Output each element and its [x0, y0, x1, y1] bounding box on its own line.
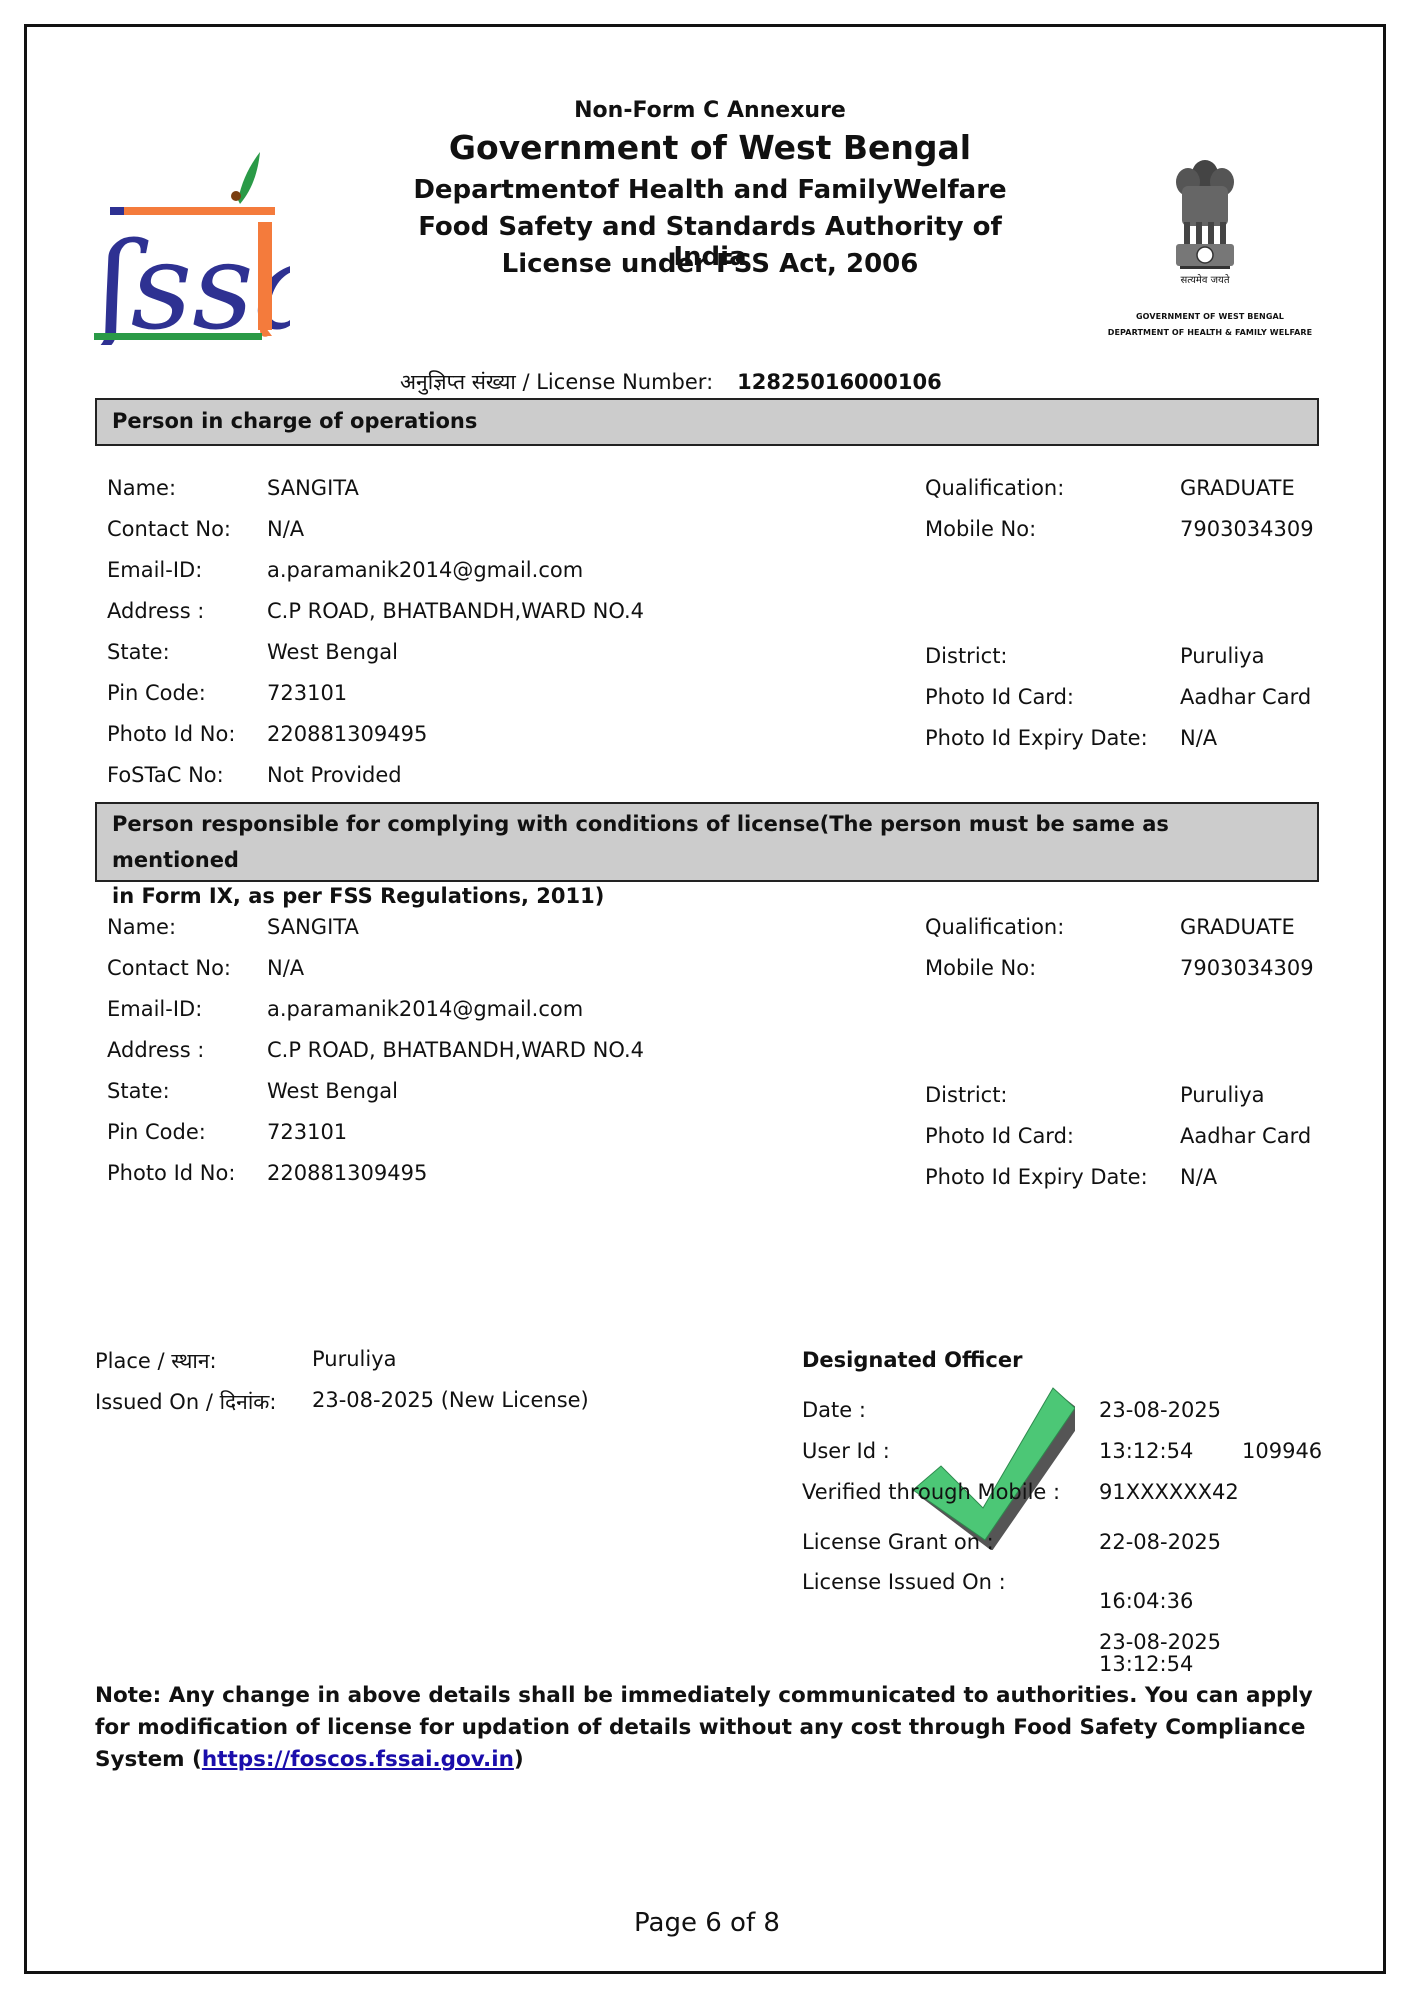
field-value: Puruliya — [1180, 1083, 1265, 1107]
field-value: West Bengal — [267, 1079, 398, 1103]
license-issued-date: 23-08-2025 — [1099, 1630, 1221, 1654]
field-label: State: — [107, 640, 170, 664]
field-label: Qualification: — [925, 476, 1064, 500]
issued-value: 23-08-2025 (New License) — [312, 1388, 589, 1412]
field-value: N/A — [267, 517, 304, 541]
designated-officer-title: Designated Officer — [802, 1348, 1022, 1372]
field-value: 7903034309 — [1180, 517, 1314, 541]
license-number-value: 12825016000106 — [737, 370, 942, 394]
page-number: Page 6 of 8 — [0, 1908, 1414, 1938]
officer-mobile-label: Verified through Mobile : — [802, 1480, 1060, 1504]
field-value: N/A — [1180, 726, 1217, 750]
section-title-line1: Person responsible for complying with co… — [112, 806, 1302, 878]
field-value: West Bengal — [267, 640, 398, 664]
field-value: SANGITA — [267, 476, 359, 500]
license-grant-value: 22-08-2025 — [1099, 1530, 1221, 1554]
government-title: Government of West Bengal — [380, 128, 1040, 167]
department-title: Departmentof Health and FamilyWelfare — [380, 175, 1040, 205]
issued-label: Issued On / दिनांक: — [95, 1388, 276, 1416]
foscos-link[interactable]: https://foscos.fssai.gov.in — [202, 1747, 514, 1772]
field-value: a.paramanik2014@gmail.com — [267, 558, 583, 582]
field-label: Photo Id Expiry Date: — [925, 726, 1148, 750]
field-value: C.P ROAD, BHATBANDH,WARD NO.4 — [267, 1038, 644, 1062]
section-title: Person in charge of operations — [112, 409, 477, 433]
field-value: Not Provided — [267, 763, 402, 787]
field-value: GRADUATE — [1180, 915, 1295, 939]
license-issued-time1: 16:04:36 — [1099, 1589, 1193, 1613]
field-label: State: — [107, 1079, 170, 1103]
field-value: C.P ROAD, BHATBANDH,WARD NO.4 — [267, 599, 644, 623]
field-label: Email-ID: — [107, 558, 202, 582]
field-value: N/A — [1180, 1165, 1217, 1189]
field-label: District: — [925, 644, 1008, 668]
license-grant-label: License Grant on : — [802, 1530, 994, 1554]
officer-userid-value: 109946 — [1242, 1439, 1322, 1463]
field-value: 723101 — [267, 681, 347, 705]
field-label: Mobile No: — [925, 517, 1036, 541]
field-label: Photo Id Card: — [925, 1124, 1074, 1148]
note-text: Note: Any change in above details shall … — [95, 1680, 1325, 1776]
section-person-in-charge: Person in charge of operations — [95, 398, 1319, 446]
officer-time-value: 13:12:54 — [1099, 1439, 1193, 1463]
emblem-caption-1: GOVERNMENT OF WEST BENGAL — [1090, 312, 1330, 321]
section-person-responsible: Person responsible for complying with co… — [95, 802, 1319, 882]
license-number-label: अनुज्ञिप्त संख्या / License Number: — [400, 370, 713, 394]
field-label: Contact No: — [107, 517, 231, 541]
field-value: Aadhar Card — [1180, 1124, 1311, 1148]
svg-text:सत्यमेव जयते: सत्यमेव जयते — [1180, 274, 1229, 286]
field-label: Qualification: — [925, 915, 1064, 939]
verified-check-icon — [905, 1380, 1075, 1550]
field-label: Address : — [107, 599, 204, 623]
field-label: Photo Id Card: — [925, 685, 1074, 709]
officer-mobile-value: 91XXXXXX42 — [1099, 1480, 1239, 1504]
officer-date-value: 23-08-2025 — [1099, 1398, 1221, 1422]
place-value: Puruliya — [312, 1347, 397, 1371]
place-label: Place / स्थान: — [95, 1347, 217, 1375]
note-close: ) — [514, 1747, 524, 1772]
officer-userid-label: User Id : — [802, 1439, 890, 1463]
license-number-row: अनुज्ञिप्त संख्या / License Number:12825… — [400, 368, 942, 396]
field-value: 723101 — [267, 1120, 347, 1144]
field-label: Photo Id Expiry Date: — [925, 1165, 1148, 1189]
field-label: Photo Id No: — [107, 1161, 235, 1185]
national-emblem-icon: सत्यमेव जयते — [1170, 152, 1240, 287]
field-label: FoSTaC No: — [107, 763, 224, 787]
field-value: GRADUATE — [1180, 476, 1295, 500]
officer-date-label: Date : — [802, 1398, 866, 1422]
field-label: Contact No: — [107, 956, 231, 980]
field-label: District: — [925, 1083, 1008, 1107]
field-value: N/A — [267, 956, 304, 980]
field-value: Puruliya — [1180, 644, 1265, 668]
field-value: 220881309495 — [267, 1161, 427, 1185]
fssai-logo: ʃssa — [90, 150, 290, 345]
license-act-title: License under FSS Act, 2006 — [380, 249, 1040, 279]
field-value: SANGITA — [267, 915, 359, 939]
field-value: a.paramanik2014@gmail.com — [267, 997, 583, 1021]
license-issued-time2: 13:12:54 — [1099, 1652, 1193, 1676]
license-issued-label: License Issued On : — [802, 1570, 1006, 1594]
field-label: Address : — [107, 1038, 204, 1062]
annexure-title: Non-Form C Annexure — [380, 98, 1040, 123]
emblem-caption-2: DEPARTMENT OF HEALTH & FAMILY WELFARE — [1090, 328, 1330, 337]
section-title-line2: in Form IX, as per FSS Regulations, 2011… — [112, 878, 1302, 914]
field-label: Name: — [107, 915, 176, 939]
field-value: Aadhar Card — [1180, 685, 1311, 709]
field-value: 7903034309 — [1180, 956, 1314, 980]
field-label: Name: — [107, 476, 176, 500]
field-label: Email-ID: — [107, 997, 202, 1021]
field-label: Pin Code: — [107, 1120, 206, 1144]
field-label: Pin Code: — [107, 681, 206, 705]
field-label: Mobile No: — [925, 956, 1036, 980]
field-label: Photo Id No: — [107, 722, 235, 746]
field-value: 220881309495 — [267, 722, 427, 746]
